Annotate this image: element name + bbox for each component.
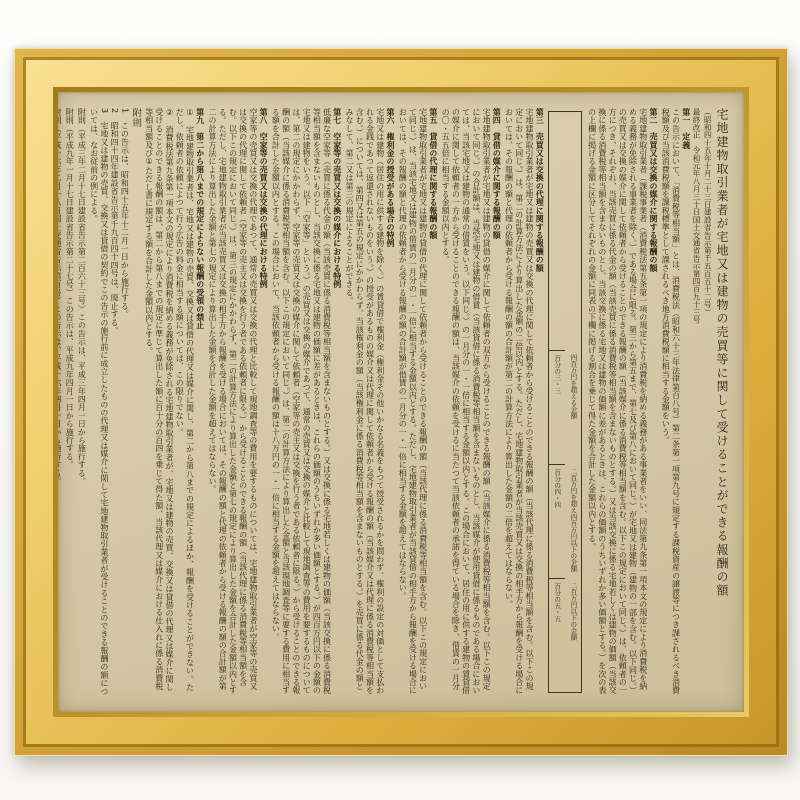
fee-rate-cell: 百分の五・五 [549, 578, 565, 627]
notice-text-body: 宅地建物取引業者が宅地又は建物の売買等に関して受けることができる報酬の額 （昭和… [58, 92, 744, 712]
picture-frame: 宅地建物取引業者が宅地又は建物の売買等に関して受けることができる報酬の額 （昭和… [14, 48, 788, 756]
appendix-label: 附則 [129, 108, 141, 696]
appendix-line: 2 昭和四十四年建設省告示第千九百四十四号は、廃止する。 [109, 108, 119, 696]
section-3: 第三 売買又は交換の代理に関する報酬の額 宅地建物取引業者が宅地又は建物の売買又… [503, 108, 544, 696]
fee-rate-cell: 百分の四・四 [549, 464, 565, 513]
section-paragraph: 宅地建物取引業者が宅地又は建物の貸借の代理に関して依頼者から受けることのできる報… [397, 108, 428, 696]
section-1: 第一 定義 この告示において、「消費税等相当額」とは、消費税法（昭和六十三年法律… [660, 108, 691, 696]
appendix-h9: 附則（平成九年一月十七日建設省告示第二十七号）この告示は、平成九年四月一日から施… [64, 108, 74, 696]
fee-range-cell: 四百万円を超える金額 [565, 350, 581, 464]
appendix-line: 1 この告示は、昭和四十五年十二月一日から施行する。 [119, 108, 129, 696]
document-sheet: 宅地建物取引業者が宅地又は建物の売買等に関して受けることができる報酬の額 （昭和… [58, 92, 744, 712]
fee-table-row: 二百万円を超え四百万円以下の金額 百分の四・四 [549, 464, 581, 578]
section-paragraph: ① 宅地建物取引業者は、宅地又は建物の売買、交換又は貸借の代理又は媒介に関し、第… [174, 108, 194, 696]
section-paragraph: 低廉な空家等（売買に係る代金の額（当該売買に係る消費税等相当額を含まないものとす… [270, 108, 331, 696]
section-6: 第六 権利金の授受がある場合の特例 宅地又は建物（居住の用に供する建物を除く。）… [344, 108, 395, 696]
appendix-line: 附則（平成三年二月十七日建設省告示第二百六十三号）この告示は、平成三年四月一日か… [76, 108, 86, 696]
section-heading: 第一 定義 [680, 108, 690, 696]
section-9: 第九 第二から第八までの規定によらない報酬の受領の禁止 ① 宅地建物取引業者は、… [143, 108, 204, 696]
section-heading: 第四 貸借の媒介に関する報酬の額 [491, 108, 501, 696]
gazette-number: （昭和四十五年十月二十三日建設省告示第千五百五十二号） [702, 108, 713, 696]
last-amended-note: 最終改正 令和元年八月三十日国土交通省告示第四百九十三号 [691, 108, 702, 696]
appendix-h16: 附則（平成十六年二月十八日国土交通省告示第百号）この告示は、平成十六年四月一日か… [58, 108, 62, 696]
section-8: 第八 空家等の売買又は交換の代理における特例 空家等の売買又は交換の代理であつて… [207, 108, 268, 696]
section-5: 第五 貸借の代理に関する報酬の額 宅地建物取引業者が宅地又は建物の貸借の代理に関… [397, 108, 438, 696]
fee-table-row: 二百万円以下の金額 百分の五・五 [549, 578, 581, 692]
section-2: 第二 売買又は交換の媒介に関する報酬の額 宅地建物取引業者（課税事業者（消費税法… [548, 108, 658, 696]
section-heading: 第六 権利金の授受がある場合の特例 [385, 108, 395, 696]
fee-table-row: 四百万円を超える金額 百分の三・三 [549, 350, 581, 464]
section-paragraph: 宅地建物取引業者（課税事業者（消費税法第五条第一項の規定により消費税を納める義務… [586, 108, 647, 696]
appendix-line: 附則（平成九年一月十七日建設省告示第二十七号）この告示は、平成九年四月一日から施… [64, 108, 74, 696]
section-heading: 第七 空家等の売買又は交換の媒介における特例 [332, 108, 342, 696]
section-heading: 第三 売買又は交換の代理に関する報酬の額 [534, 108, 544, 696]
section-heading: 第五 貸借の代理に関する報酬の額 [428, 108, 438, 696]
appendix-line: 附則（平成十六年二月十八日国土交通省告示第百号）この告示は、平成十六年四月一日か… [58, 108, 62, 696]
section-paragraph: 空家等の売買又は交換の代理であつて、通常の売買又は交換の代理と比較して現地調査等… [207, 108, 258, 696]
document-title: 宅地建物取引業者が宅地又は建物の売買等に関して受けることができる報酬の額 [713, 108, 730, 696]
appendix-main: 附則 1 この告示は、昭和四十五年十二月一日から施行する。 2 昭和四十四年建設… [88, 108, 141, 696]
section-paragraph: 宅地建物取引業者が宅地又は建物の売買又は交換の代理に関して依頼者から受けることの… [503, 108, 534, 696]
framed-notice-photo: 宅地建物取引業者が宅地又は建物の売買等に関して受けることができる報酬の額 （昭和… [0, 0, 800, 800]
appendix-h3: 附則（平成三年二月十七日建設省告示第二百六十三号）この告示は、平成三年四月一日か… [76, 108, 86, 696]
fee-range-cell: 二百万円を超え四百万円以下の金額 [565, 464, 581, 578]
fee-rate-cell: 百分の三・三 [549, 350, 565, 399]
section-heading: 第九 第二から第八までの規定によらない報酬の受領の禁止 [195, 108, 205, 696]
section-7: 第七 空家等の売買又は交換の媒介における特例 低廉な空家等（売買に係る代金の額（… [270, 108, 342, 696]
section-paragraph: ② 消費税法第九条第一項本文の規定により消費税を納める義務が免除される宅地建物取… [143, 108, 174, 696]
fee-rate-table: 二百万円以下の金額 百分の五・五 二百万円を超え四百万円以下の金額 百分の四・四… [548, 111, 582, 693]
fee-range-cell: 二百万円以下の金額 [565, 578, 581, 692]
section-paragraph: 宅地又は建物（居住の用に供する建物を除く。）の賃貸借で権利金（権利金その他いかな… [344, 108, 385, 696]
section-paragraph: この告示において、「消費税等相当額」とは、消費税法（昭和六十三年法律第百八号）第… [660, 108, 680, 696]
section-heading: 第八 空家等の売買又は交換の代理における特例 [258, 108, 268, 696]
appendix-line: 3 宅地又は建物の売買、交換又は貸借の契約でこの告示の施行前に成立したものの代理… [88, 108, 108, 696]
section-heading: 第二 売買又は交換の媒介に関する報酬の額 [648, 108, 658, 696]
section-paragraph: 宅地建物取引業者が宅地又は建物の貸借の媒介に関して依頼者の双方から受けることので… [440, 108, 491, 696]
section-4: 第四 貸借の媒介に関する報酬の額 宅地建物取引業者が宅地又は建物の貸借の媒介に関… [440, 108, 501, 696]
